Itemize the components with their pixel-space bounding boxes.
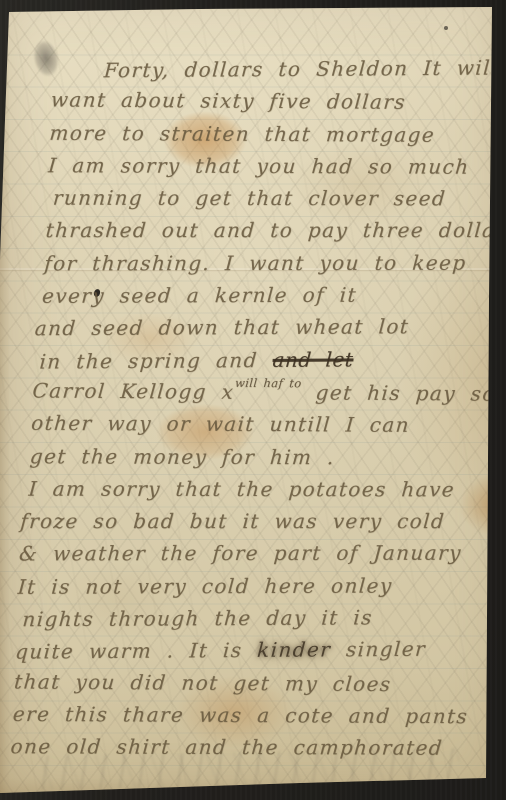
handwritten-words: and seed down that wheat lot <box>34 315 410 341</box>
letter-line: I am sorry that the potatoes have <box>21 476 485 509</box>
letter-line: quite warm . It is kinder singler <box>10 637 474 673</box>
letter-line: that you did not get my cloes <box>8 669 472 705</box>
letter-line: thrashed out and to pay three dollars <box>39 218 503 250</box>
letter-page: Forty, dollars to Sheldon It willwant ab… <box>0 0 506 800</box>
photo-backdrop: Forty, dollars to Sheldon It willwant ab… <box>0 0 506 800</box>
handwritten-words: other way or wait untill I can <box>30 411 410 437</box>
handwritten-words: ere this thare was a cote and pants <box>12 702 469 728</box>
handwritten-words: that you did not get my cloes <box>13 669 392 696</box>
handwritten-words: get the money for him . <box>29 444 336 469</box>
handwritten-words: get his pay some <box>300 380 506 406</box>
letter-line: every seed a kernle of it <box>35 282 499 316</box>
letter-line: Forty, dollars to Sheldon It will <box>51 55 506 91</box>
letter-line: get the money for him . <box>23 444 487 478</box>
letter-line: for thrashing. I want you to keep <box>37 250 501 283</box>
crossed-out-words: and let <box>272 347 354 372</box>
handwritten-words: more to straiten that mortgage <box>49 120 436 146</box>
letter-line: Carrol Kellogg xwill haf to get his pay … <box>28 378 492 414</box>
ink-speck <box>444 26 448 30</box>
handwritten-words: I am sorry that the potatoes have <box>28 476 456 501</box>
handwritten-words: nights through the day it is <box>22 605 374 631</box>
handwritten-words: I am sorry that you had so much <box>47 153 470 178</box>
handwritten-words: kinder <box>256 638 332 663</box>
handwritten-words: one old shirt and the camphorated <box>10 734 444 760</box>
handwritten-words: every seed a kernle of it <box>41 283 357 308</box>
handwritten-words: want about sixty five dollars <box>50 88 407 114</box>
handwritten-words: froze so bad but it was very cold <box>20 509 446 533</box>
letter-line: and seed down that wheat lot <box>33 314 497 349</box>
handwritten-words: singler <box>330 637 426 662</box>
letter-line: & weather the fore part of January <box>17 541 481 574</box>
letter-line: It is not very cold here onley <box>14 573 478 607</box>
letter-text: Forty, dollars to Sheldon It willwant ab… <box>3 57 506 768</box>
letter-line: one old shirt and the camphorated <box>3 734 467 768</box>
letter-line: ere this thare was a cote and pants <box>5 702 469 737</box>
handwritten-words: It is not very cold here onley <box>17 573 393 598</box>
handwritten-words: for thrashing. I want you to keep <box>44 250 468 275</box>
letter-line: nights through the day it is <box>12 605 476 640</box>
letter-line: more to straiten that mortgage <box>46 120 506 155</box>
letter-line: froze so bad but it was very cold <box>19 509 483 541</box>
letter-line: running to get that clover seed <box>42 186 506 219</box>
letter-line: I am sorry that you had so much <box>44 153 506 187</box>
handwritten-words: Carrol Kellogg x <box>32 378 236 403</box>
handwritten-words: & weather the fore part of January <box>18 541 462 566</box>
handwritten-words: quite warm . It is <box>14 638 257 664</box>
letter-line: want about sixty five dollars <box>48 88 506 124</box>
handwritten-words: running to get that clover seed <box>52 186 447 211</box>
interline-insertion: will haf to <box>234 376 302 390</box>
handwritten-words: Forty, dollars to Sheldon It will <box>103 55 499 82</box>
handwritten-words: in the spring and <box>39 348 274 374</box>
letter-line: other way or wait untill I can <box>26 411 490 446</box>
handwritten-words: thrashed out and to pay three dollars <box>45 218 506 242</box>
